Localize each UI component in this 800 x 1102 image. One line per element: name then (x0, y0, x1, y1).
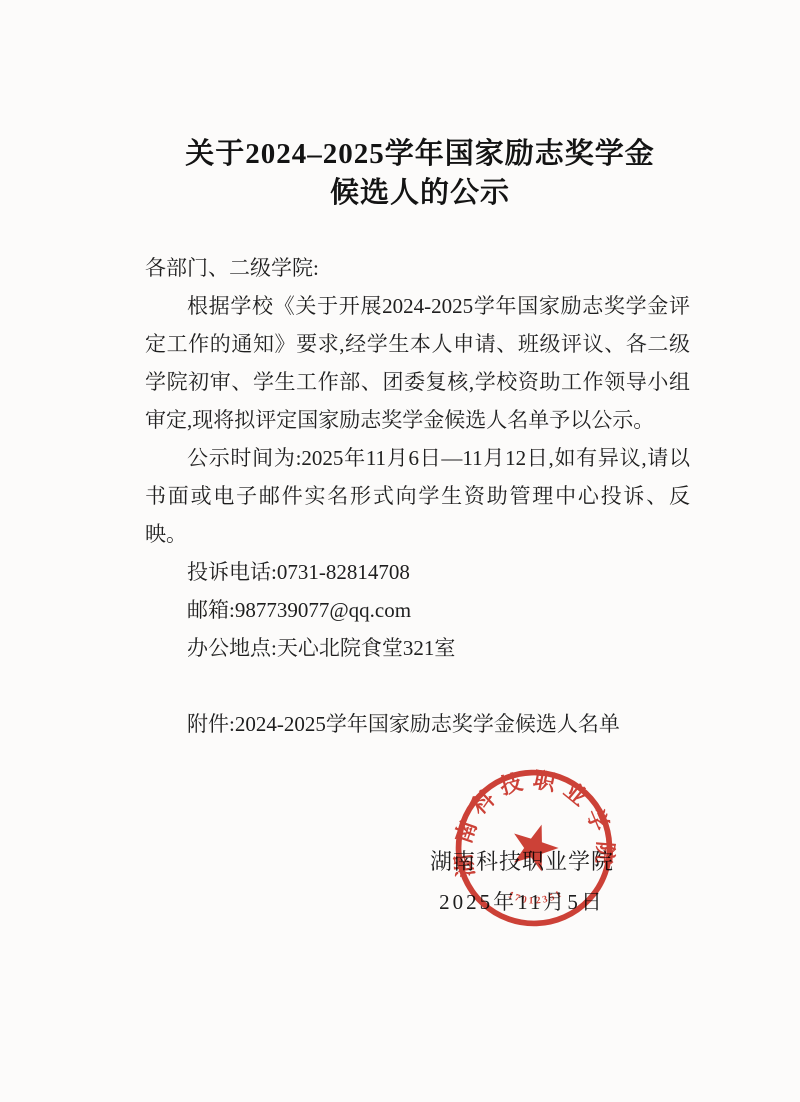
document-page: 关于2024–2025学年国家励志奖学金 候选人的公示 各部门、二级学院: 根据… (0, 0, 800, 1102)
document-body: 各部门、二级学院: 根据学校《关于开展2024-2025学年国家励志奖学金评定工… (0, 249, 800, 743)
paragraph-basis: 根据学校《关于开展2024-2025学年国家励志奖学金评定工作的通知》要求,经学… (145, 287, 690, 439)
seal-number-label: 17012351 (506, 888, 566, 908)
seal-number: 17012351 (506, 888, 566, 908)
office-location: 办公地点:天心北院食堂321室 (145, 629, 690, 667)
title-line-1: 关于2024–2025学年国家励志奖学金 (140, 135, 700, 174)
paragraph-publicity-period: 公示时间为:2025年11月6日—11月12日,如有异议,请以书面或电子邮件实名… (145, 439, 690, 553)
salutation: 各部门、二级学院: (145, 249, 690, 287)
title-line-2: 候选人的公示 (140, 174, 700, 213)
official-seal: 湖南科技职业学院 17012351 (449, 763, 619, 933)
attachment-note: 附件:2024-2025学年国家励志奖学金候选人名单 (145, 705, 690, 743)
contact-email: 邮箱:987739077@qq.com (145, 591, 690, 629)
page-title: 关于2024–2025学年国家励志奖学金 候选人的公示 (0, 19, 800, 213)
contact-phone: 投诉电话:0731-82814708 (145, 553, 690, 591)
star-icon (513, 824, 560, 872)
